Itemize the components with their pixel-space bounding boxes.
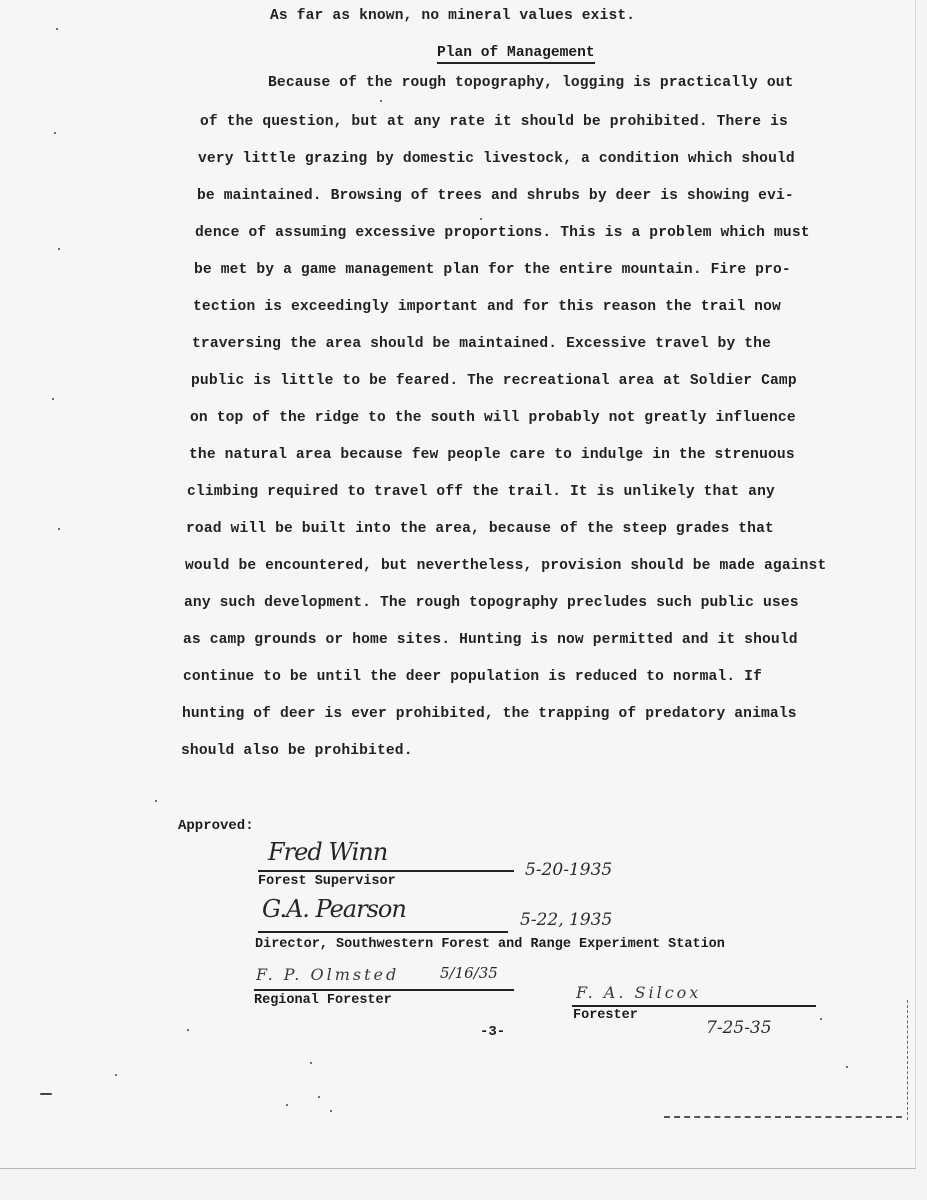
paragraph-line: be met by a game management plan for the… (194, 262, 791, 278)
signature: F. P. Olmsted (256, 965, 399, 984)
scan-dashed-edge (907, 1000, 908, 1120)
scan-speck (846, 1066, 848, 1068)
scan-speck (155, 800, 157, 802)
scan-speck (380, 100, 382, 102)
signature-line (572, 1005, 816, 1007)
signature-date: 7-25-35 (706, 1018, 772, 1038)
signature-line (258, 931, 508, 933)
signature: Fred Winn (268, 838, 387, 866)
paragraph-line: should also be prohibited. (181, 743, 413, 759)
signer-title: Regional Forester (254, 993, 392, 1008)
paragraph-line: Because of the rough topography, logging… (268, 75, 794, 91)
scan-speck (187, 1029, 189, 1031)
scan-mark (40, 1093, 52, 1095)
scan-speck (330, 1110, 332, 1112)
paragraph-line: as camp grounds or home sites. Hunting i… (183, 632, 798, 648)
signature-line (254, 989, 514, 991)
paragraph-line: continue to be until the deer population… (183, 669, 762, 685)
signer-title: Director, Southwestern Forest and Range … (255, 937, 725, 952)
paragraph-line: any such development. The rough topograp… (184, 595, 799, 611)
scan-speck (286, 1104, 288, 1106)
scan-speck (310, 1062, 312, 1064)
signature: G.A. Pearson (262, 895, 406, 923)
scan-speck (820, 1018, 822, 1020)
paragraph-line: dence of assuming excessive proportions.… (195, 225, 810, 241)
paragraph-line: the natural area because few people care… (189, 447, 795, 463)
paragraph-line: traversing the area should be maintained… (192, 336, 771, 352)
scan-dashed-line (664, 1116, 902, 1119)
document-page: As far as known, no mineral values exist… (0, 0, 916, 1169)
signature-date: 5-20-1935 (525, 860, 612, 880)
approved-label: Approved: (178, 818, 254, 834)
scan-speck (58, 248, 60, 250)
paragraph-line: of the question, but at any rate it shou… (200, 114, 788, 130)
intro-line: As far as known, no mineral values exist… (270, 8, 635, 24)
paragraph-line: very little grazing by domestic livestoc… (198, 151, 795, 167)
signer-title: Forester (573, 1008, 638, 1023)
paragraph-line: hunting of deer is ever prohibited, the … (182, 706, 797, 722)
paragraph-line: be maintained. Browsing of trees and shr… (197, 188, 794, 204)
scan-speck (318, 1096, 320, 1098)
scan-speck (54, 132, 56, 134)
scan-speck (480, 218, 482, 220)
signature-date: 5/16/35 (440, 964, 498, 982)
scan-speck (58, 528, 60, 530)
signature-date: 5-22, 1935 (520, 910, 612, 930)
signature: F. A. Silcox (576, 983, 701, 1002)
page-number: -3- (480, 1024, 505, 1040)
signature-line (258, 870, 514, 872)
paragraph-line: on top of the ridge to the south will pr… (190, 410, 796, 426)
scan-speck (52, 398, 54, 400)
paragraph-line: tection is exceedingly important and for… (193, 299, 781, 315)
section-heading: Plan of Management (437, 45, 595, 64)
paragraph-line: public is little to be feared. The recre… (191, 373, 797, 389)
paragraph-line: would be encountered, but nevertheless, … (185, 558, 826, 574)
paragraph-line: road will be built into the area, becaus… (186, 521, 774, 537)
scan-speck (56, 28, 58, 30)
paragraph-line: climbing required to travel off the trai… (187, 484, 775, 500)
signer-title: Forest Supervisor (258, 874, 396, 889)
scan-speck (115, 1074, 117, 1076)
